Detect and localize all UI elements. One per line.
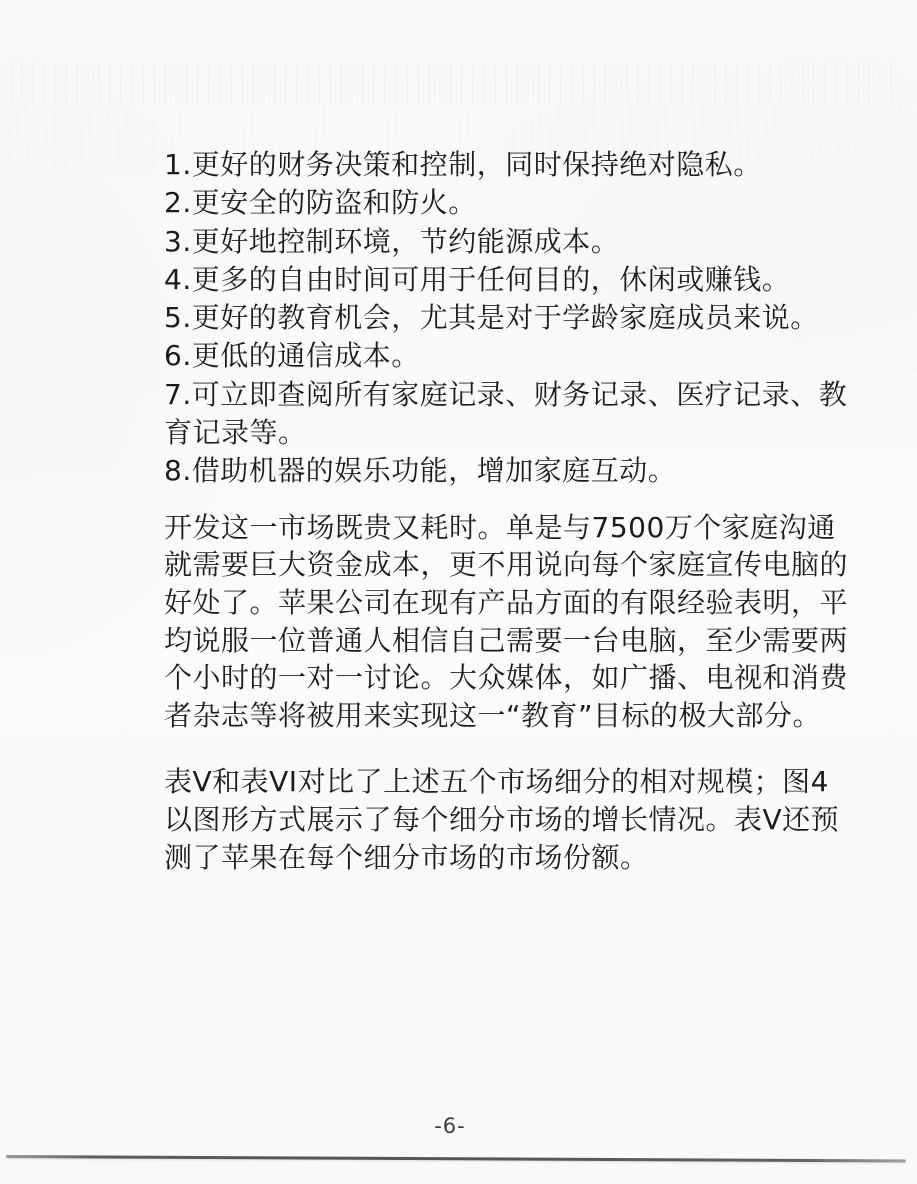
scan-noise-band: [10, 62, 900, 104]
paragraph-line: 好处了。苹果公司在现有产品方面的有限经验表明，平: [164, 584, 854, 622]
benefits-list: 1.更好的财务决策和控制，同时保持绝对隐私。 2.更安全的防盗和防火。 3.更好…: [164, 146, 854, 491]
text-block: 1.更好的财务决策和控制，同时保持绝对隐私。 2.更安全的防盗和防火。 3.更好…: [164, 146, 854, 877]
paragraph-line: 测了苹果在每个细分市场的市场份额。: [164, 839, 854, 877]
list-line-8: 8.借助机器的娱乐功能，增加家庭互动。: [164, 452, 854, 490]
paragraph-table-reference: 表V和表VI对比了上述五个市场细分的相对规模；图4 以图形方式展示了每个细分市场…: [164, 763, 854, 877]
paragraph-line: 开发这一市场既贵又耗时。单是与7500万个家庭沟通: [164, 509, 854, 547]
list-line-3: 3.更好地控制环境，节约能源成本。: [164, 223, 854, 261]
list-line-7: 7.可立即查阅所有家庭记录、财务记录、医疗记录、教: [164, 376, 854, 414]
paragraph-line: 以图形方式展示了每个细分市场的增长情况。表V还预: [164, 801, 854, 839]
paragraph-line: 均说服一位普通人相信自己需要一台电脑，至少需要两: [164, 622, 854, 660]
list-line-2: 2.更安全的防盗和防火。: [164, 184, 854, 222]
paragraph-market-development: 开发这一市场既贵又耗时。单是与7500万个家庭沟通 就需要巨大资金成本，更不用说…: [164, 509, 854, 735]
list-line-6: 6.更低的通信成本。: [164, 337, 854, 375]
list-line-1: 1.更好的财务决策和控制，同时保持绝对隐私。: [164, 146, 854, 184]
list-line-5: 5.更好的教育机会，尤其是对于学龄家庭成员来说。: [164, 299, 854, 337]
paragraph-line: 表V和表VI对比了上述五个市场细分的相对规模；图4: [164, 763, 854, 801]
paragraph-line: 个小时的一对一讨论。大众媒体，如广播、电视和消费: [164, 659, 854, 697]
document-page: 1.更好的财务决策和控制，同时保持绝对隐私。 2.更安全的防盗和防火。 3.更好…: [0, 0, 917, 1184]
paragraph-line: 就需要巨大资金成本，更不用说向每个家庭宣传电脑的: [164, 546, 854, 584]
list-line-4: 4.更多的自由时间可用于任何目的，休闲或赚钱。: [164, 261, 854, 299]
list-line-7-wrap: 育记录等。: [164, 414, 854, 452]
page-edge-line: [6, 1155, 906, 1162]
paragraph-line: 者杂志等将被用来实现这一“教育”目标的极大部分。: [164, 697, 854, 735]
page-number: -6-: [430, 1114, 470, 1138]
